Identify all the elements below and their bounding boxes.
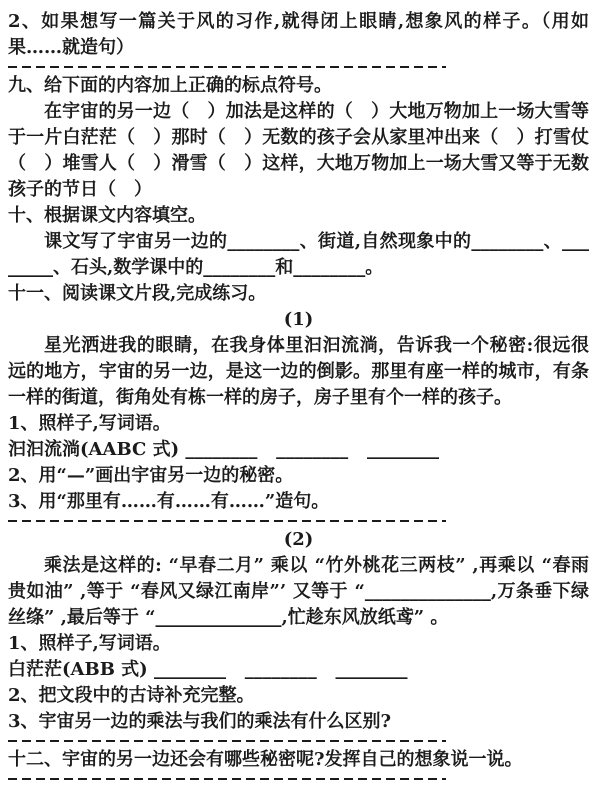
passage-1-question-1: 1、照样子,写词语。 xyxy=(8,411,589,437)
passage-1-label: (1) xyxy=(8,307,589,333)
answer-blank-line xyxy=(8,778,446,780)
passage-2-word-blanks: 白茫茫(ABB 式) ________ ________ ________ xyxy=(8,657,589,683)
passage-2-body: 乘法是这样的: “早春二月” 乘以 “竹外桃花三两枝” ,再乘以 “春雨贵如油”… xyxy=(8,553,589,631)
section-12-title: 十二、宇宙的另一边还会有哪些秘密呢?发挥自己的想象说一说。 xyxy=(8,747,589,773)
passage-1-body: 星光洒进我的眼睛，在我身体里汩汩流淌，告诉我一个秘密:很远很远的地方，宇宙的另一… xyxy=(8,333,589,411)
passage-1-word-blanks: 汩汩流淌(AABC 式) ________ ________ ________ xyxy=(8,437,589,463)
passage-2-question-2: 2、把文段中的古诗补充完整。 xyxy=(8,683,589,709)
section-9-body: 在宇宙的另一边（ ）加法是这样的（ ）大地万物加上一场大雪等于一片白茫茫（ ）那… xyxy=(8,99,589,203)
section-10-body: 课文写了宇宙另一边的________、街道,自然现象中的________、___… xyxy=(8,229,589,281)
worksheet-page: 2、如果想写一篇关于风的习作,就得闭上眼睛,想象风的样子。（用如果……就造句） … xyxy=(0,0,596,791)
answer-blank-line xyxy=(8,66,446,68)
section-11-title: 十一、阅读课文片段,完成练习。 xyxy=(8,281,589,307)
item-2-sentence: 2、如果想写一篇关于风的习作,就得闭上眼睛,想象风的样子。（用如果……就造句） xyxy=(8,9,589,61)
section-9-title: 九、给下面的内容加上正确的标点符号。 xyxy=(8,73,589,99)
passage-1-question-2: 2、用“—”画出宇宙另一边的秘密。 xyxy=(8,463,589,489)
section-10-title: 十、根据课文内容填空。 xyxy=(8,203,589,229)
passage-2-question-3: 3、宇宙另一边的乘法与我们的乘法有什么区别? xyxy=(8,709,589,735)
passage-2-label: (2) xyxy=(8,527,589,553)
passage-1-question-3: 3、用“那里有……有……有……”造句。 xyxy=(8,489,589,515)
answer-blank-line xyxy=(8,740,446,742)
answer-blank-line xyxy=(8,520,446,522)
passage-2-question-1: 1、照样子,写词语。 xyxy=(8,631,589,657)
